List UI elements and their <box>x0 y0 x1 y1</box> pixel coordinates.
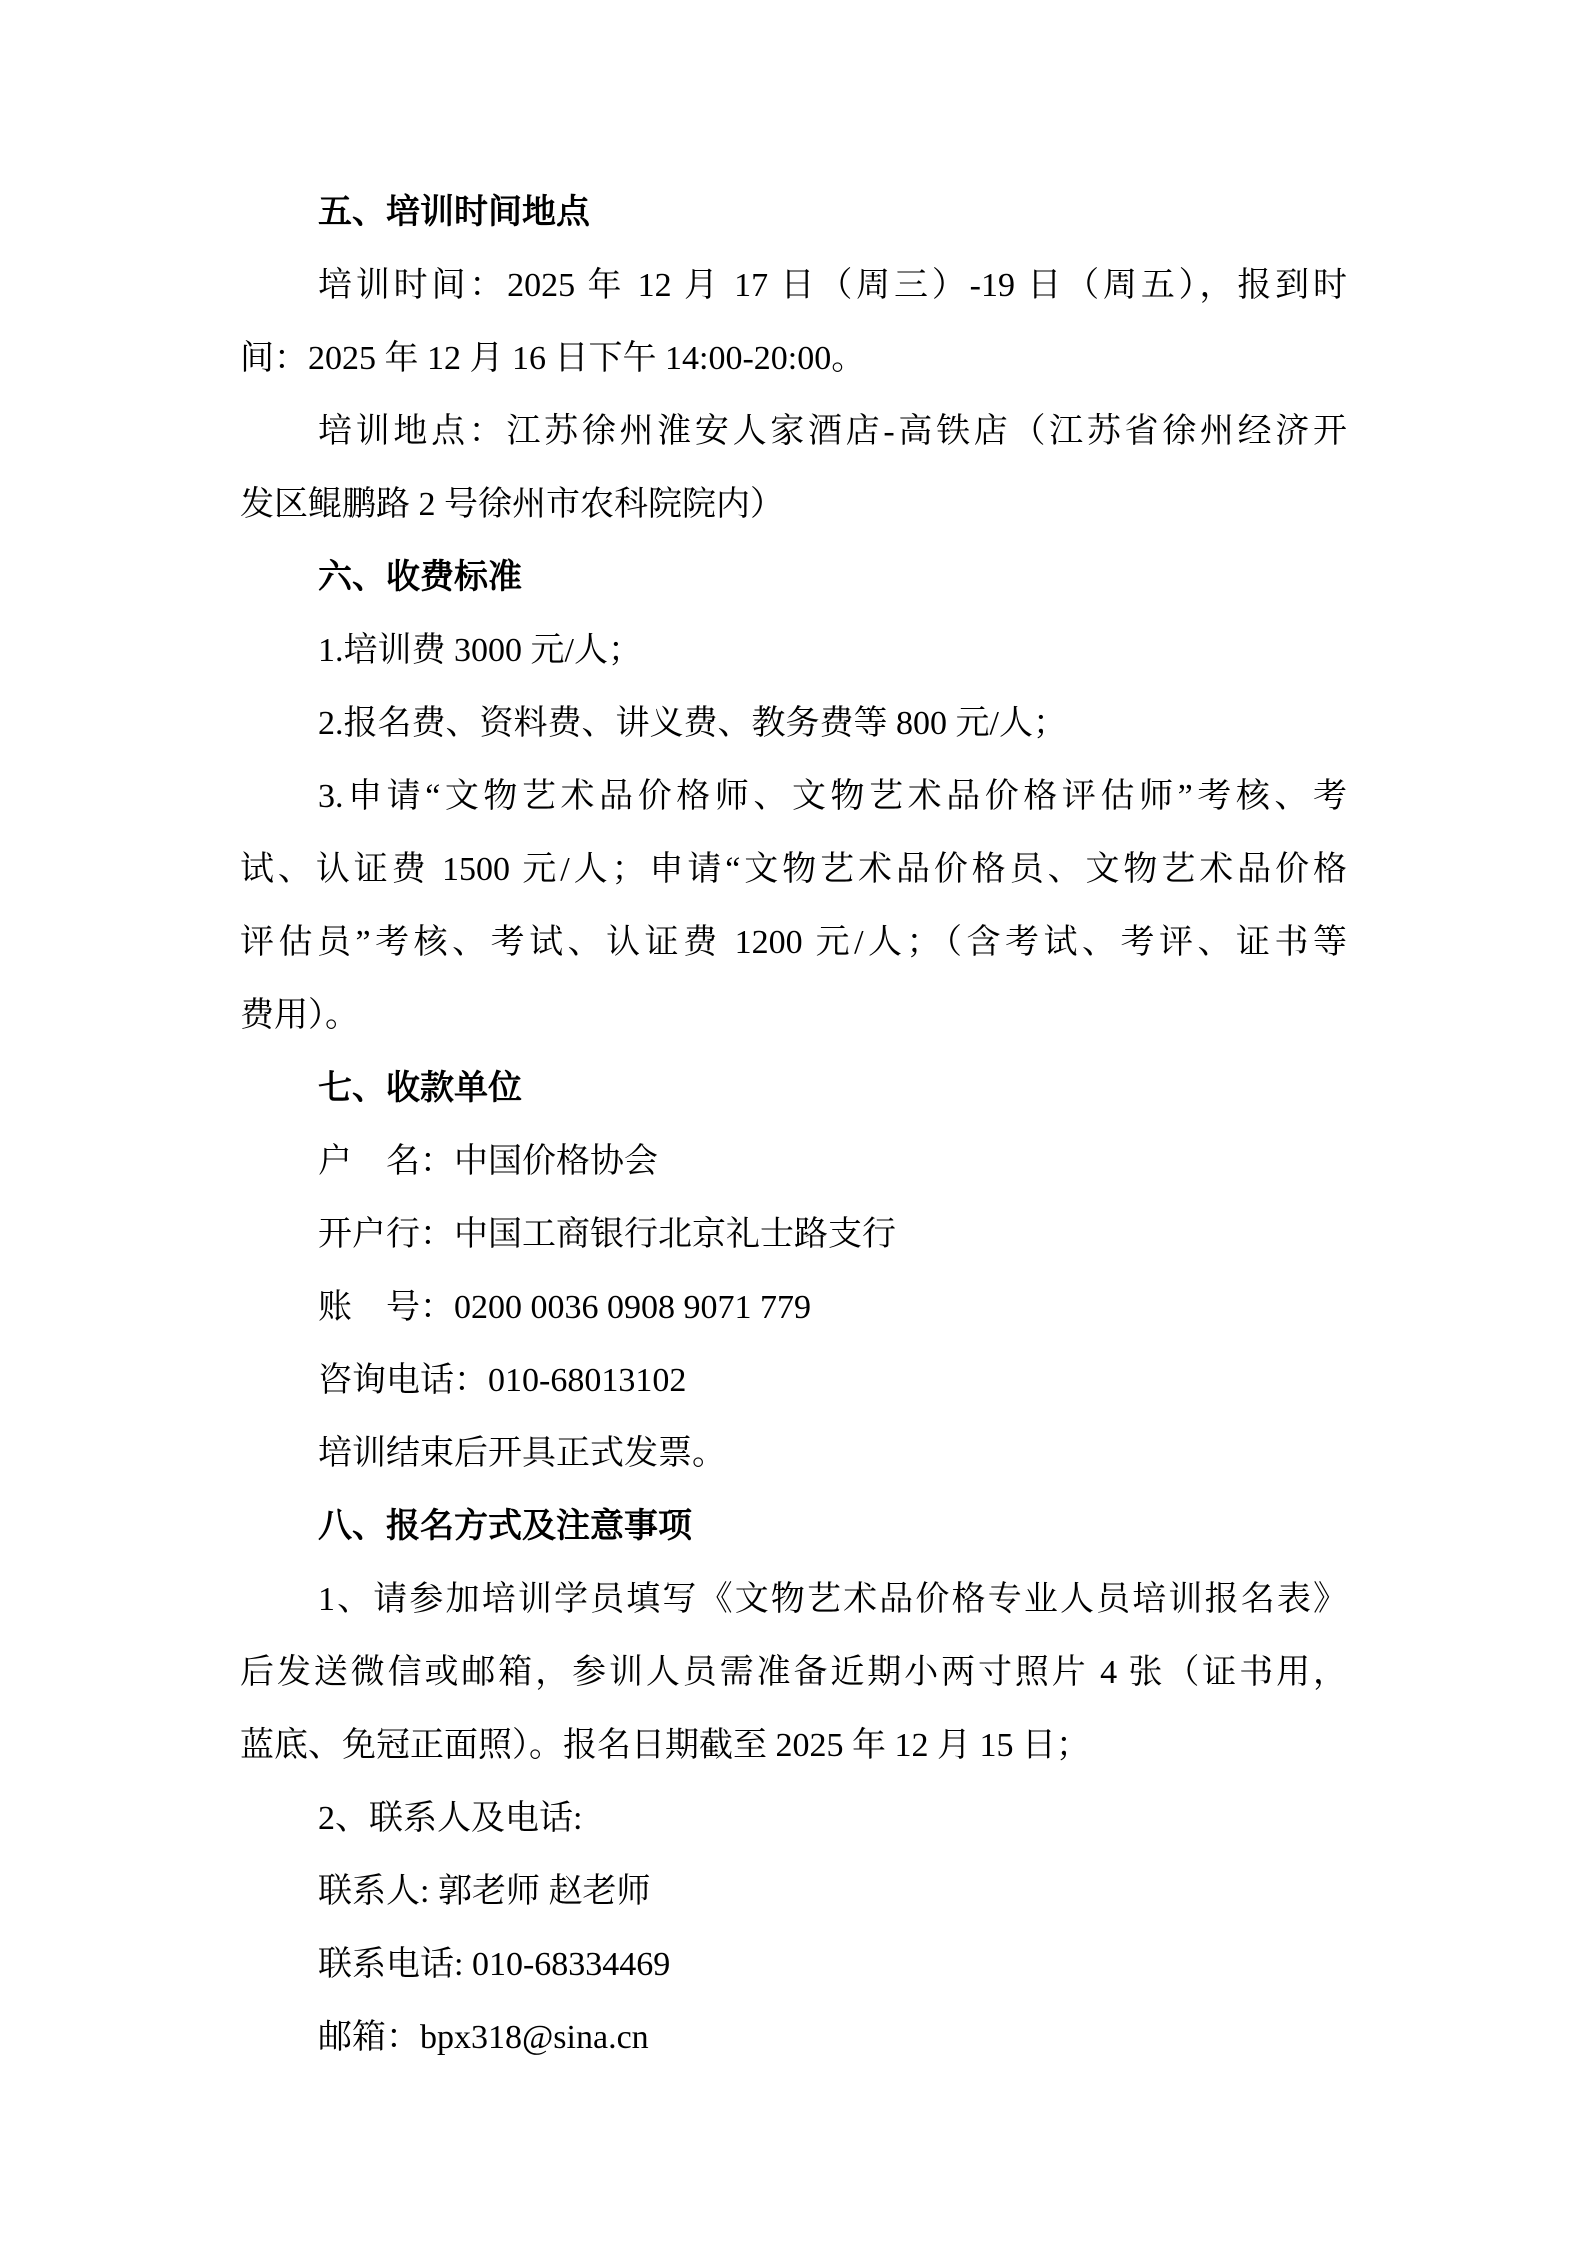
text-line: 3.申请“文物艺术品价格师、文物艺术品价格评估师”考核、考 <box>240 760 1347 833</box>
text-line: 间：2025 年 12 月 16 日下午 14:00-20:00。 <box>240 322 1347 395</box>
text-line: 咨询电话：010-68013102 <box>240 1344 1347 1417</box>
text-line: 培训时间：2025 年 12 月 17 日（周三）-19 日（周五），报到时 <box>240 249 1347 322</box>
section-heading: 五、培训时间地点 <box>240 176 1347 249</box>
text-line: 培训地点：江苏徐州淮安人家酒店-高铁店（江苏省徐州经济开 <box>240 395 1347 468</box>
text-line: 试、认证费 1500 元/人；申请“文物艺术品价格员、文物艺术品价格 <box>240 833 1347 906</box>
text-line: 开户行：中国工商银行北京礼士路支行 <box>240 1198 1347 1271</box>
text-line: 培训结束后开具正式发票。 <box>240 1417 1347 1490</box>
text-line: 2.报名费、资料费、讲义费、教务费等 800 元/人； <box>240 687 1347 760</box>
text-line: 费用）。 <box>240 979 1347 1052</box>
section-heading: 七、收款单位 <box>240 1052 1347 1125</box>
text-line: 蓝底、免冠正面照）。报名日期截至 2025 年 12 月 15 日； <box>240 1709 1347 1782</box>
text-line: 1.培训费 3000 元/人； <box>240 614 1347 687</box>
text-line: 2、联系人及电话: <box>240 1782 1347 1855</box>
text-line: 评估员”考核、考试、认证费 1200 元/人；（含考试、考评、证书等 <box>240 906 1347 979</box>
section-heading: 八、报名方式及注意事项 <box>240 1490 1347 1563</box>
document-body: 五、培训时间地点培训时间：2025 年 12 月 17 日（周三）-19 日（周… <box>240 176 1347 2074</box>
text-line: 1、请参加培训学员填写《文物艺术品价格专业人员培训报名表》 <box>240 1563 1347 1636</box>
text-line: 邮箱：bpx318@sina.cn <box>240 2001 1347 2074</box>
text-line: 账 号：0200 0036 0908 9071 779 <box>240 1271 1347 1344</box>
document-page: 五、培训时间地点培训时间：2025 年 12 月 17 日（周三）-19 日（周… <box>0 0 1587 2245</box>
text-line: 联系电话: 010-68334469 <box>240 1928 1347 2001</box>
text-line: 发区鲲鹏路 2 号徐州市农科院院内） <box>240 468 1347 541</box>
text-line: 后发送微信或邮箱，参训人员需准备近期小两寸照片 4 张（证书用， <box>240 1636 1347 1709</box>
text-line: 户 名：中国价格协会 <box>240 1125 1347 1198</box>
text-line: 联系人: 郭老师 赵老师 <box>240 1855 1347 1928</box>
section-heading: 六、收费标准 <box>240 541 1347 614</box>
